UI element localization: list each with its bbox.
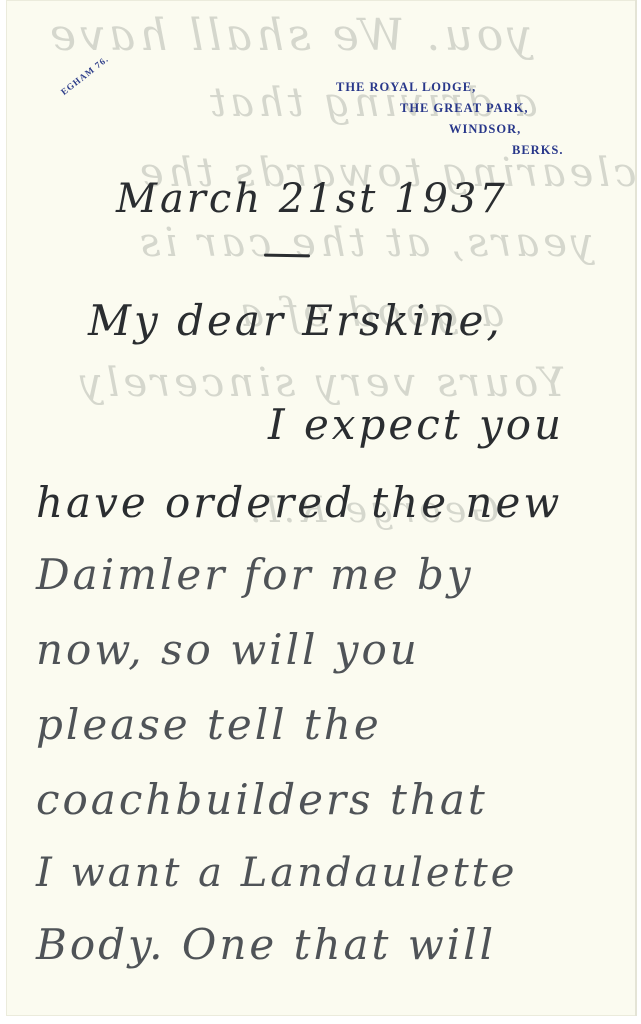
- show-through-line: years, at the car is: [136, 220, 593, 266]
- letter-date: March 21st 1937: [116, 176, 508, 222]
- letter-body-line: coachbuilders that: [36, 775, 488, 824]
- letterhead-line: THE GREAT PARK,: [400, 101, 529, 116]
- letterhead-line: WINDSOR,: [449, 122, 521, 137]
- letter-page: you. We shall have a driving that cleari…: [6, 0, 637, 1016]
- letter-salutation: My dear Erskine,: [88, 296, 503, 345]
- letterhead-line: THE ROYAL LODGE,: [336, 80, 476, 95]
- letter-body-line: I expect you: [268, 400, 564, 449]
- letter-body-line: have ordered the new: [36, 478, 562, 527]
- letter-body-line: I want a Landaulette: [36, 850, 517, 896]
- letter-body-line: Body. One that will: [36, 920, 496, 969]
- letter-body-line: Daimler for me by: [36, 550, 474, 599]
- letter-body-line: please tell the: [36, 700, 382, 749]
- show-through-line: you. We shall have: [46, 10, 532, 61]
- letterhead-line: BERKS.: [512, 143, 564, 158]
- letter-body-line: now, so will you: [36, 625, 420, 674]
